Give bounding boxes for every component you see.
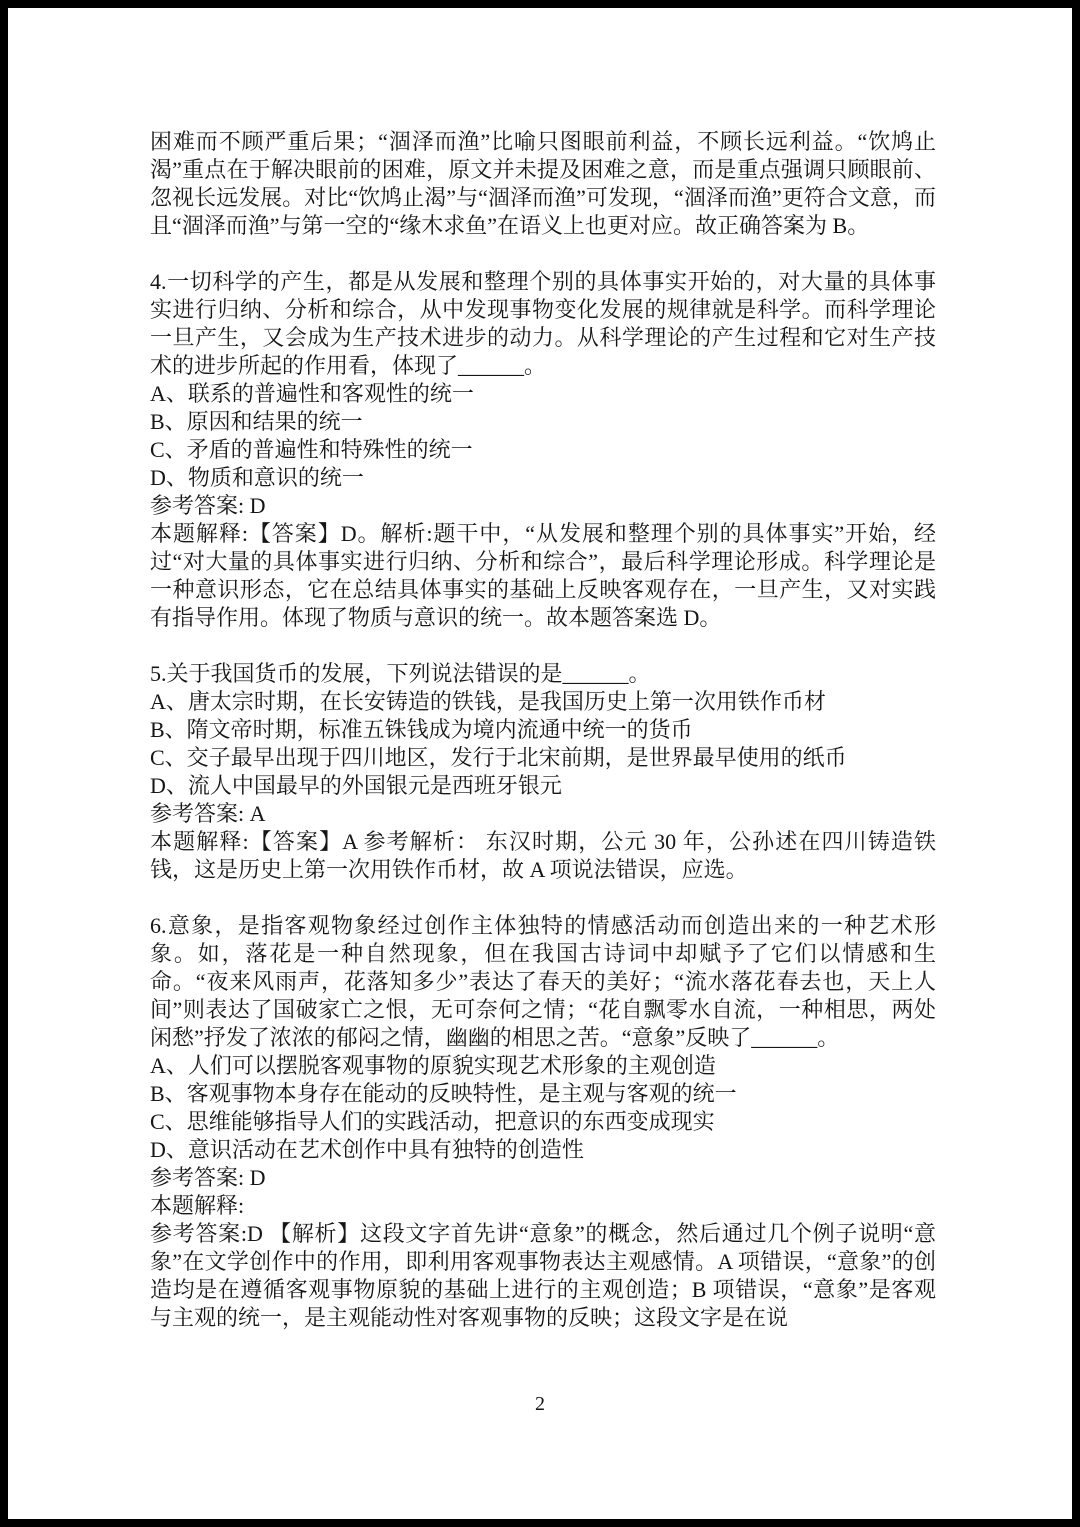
question-6-answer-line: 参考答案: D — [150, 1164, 936, 1192]
question-4-stem: 4.一切科学的产生，都是从发展和整理个别的具体事实开始的，对大量的具体事实进行归… — [150, 268, 936, 380]
question-4-option-c: C、矛盾的普遍性和特殊性的统一 — [150, 436, 936, 464]
document-page: 困难而不顾严重后果；“涸泽而渔”比喻只图眼前利益，不顾长远利益。“饮鸠止渴”重点… — [0, 0, 1080, 1527]
question-4-answer-line: 参考答案: D — [150, 492, 936, 520]
question-6-stem: 6.意象，是指客观物象经过创作主体独特的情感活动而创造出来的一种艺术形象。如，落… — [150, 912, 936, 1052]
question-5-block: 5.关于我国货币的发展，下列说法错误的是______。 A、唐太宗时期，在长安铸… — [150, 660, 936, 884]
question-4-block: 4.一切科学的产生，都是从发展和整理个别的具体事实开始的，对大量的具体事实进行归… — [150, 268, 936, 632]
question-4-option-a: A、联系的普遍性和客观性的统一 — [150, 380, 936, 408]
carryover-explanation-paragraph: 困难而不顾严重后果；“涸泽而渔”比喻只图眼前利益，不顾长远利益。“饮鸠止渴”重点… — [150, 128, 936, 240]
question-4-option-d: D、物质和意识的统一 — [150, 464, 936, 492]
question-6-option-a: A、人们可以摆脱客观事物的原貌实现艺术形象的主观创造 — [150, 1052, 936, 1080]
question-4-option-b: B、原因和结果的统一 — [150, 408, 936, 436]
question-5-option-b: B、隋文帝时期，标准五铢钱成为境内流通中统一的货币 — [150, 716, 936, 744]
page-content: 困难而不顾严重后果；“涸泽而渔”比喻只图眼前利益，不顾长远利益。“饮鸠止渴”重点… — [150, 128, 936, 1332]
page-number: 2 — [8, 1392, 1072, 1416]
question-4-explanation: 本题解释:【答案】D。解析:题干中，“从发展和整理个别的具体事实”开始，经过“对… — [150, 520, 936, 632]
question-5-stem: 5.关于我国货币的发展，下列说法错误的是______。 — [150, 660, 936, 688]
question-5-option-c: C、交子最早出现于四川地区，发行于北宋前期，是世界最早使用的纸币 — [150, 744, 936, 772]
question-5-option-d: D、流人中国最早的外国银元是西班牙银元 — [150, 772, 936, 800]
question-6-option-d: D、意识活动在艺术创作中具有独特的创造性 — [150, 1136, 936, 1164]
question-6-explanation: 参考答案:D 【解析】这段文字首先讲“意象”的概念，然后通过几个例子说明“意象”… — [150, 1220, 936, 1332]
question-5-explanation: 本题解释:【答案】A 参考解析： 东汉时期，公元 30 年，公孙述在四川铸造铁钱… — [150, 828, 936, 884]
question-5-option-a: A、唐太宗时期，在长安铸造的铁钱，是我国历史上第一次用铁作币材 — [150, 688, 936, 716]
question-6-explanation-label: 本题解释: — [150, 1192, 936, 1220]
question-6-block: 6.意象，是指客观物象经过创作主体独特的情感活动而创造出来的一种艺术形象。如，落… — [150, 912, 936, 1332]
question-6-option-b: B、客观事物本身存在能动的反映特性，是主观与客观的统一 — [150, 1080, 936, 1108]
question-6-option-c: C、思维能够指导人们的实践活动，把意识的东西变成现实 — [150, 1108, 936, 1136]
question-5-answer-line: 参考答案: A — [150, 800, 936, 828]
